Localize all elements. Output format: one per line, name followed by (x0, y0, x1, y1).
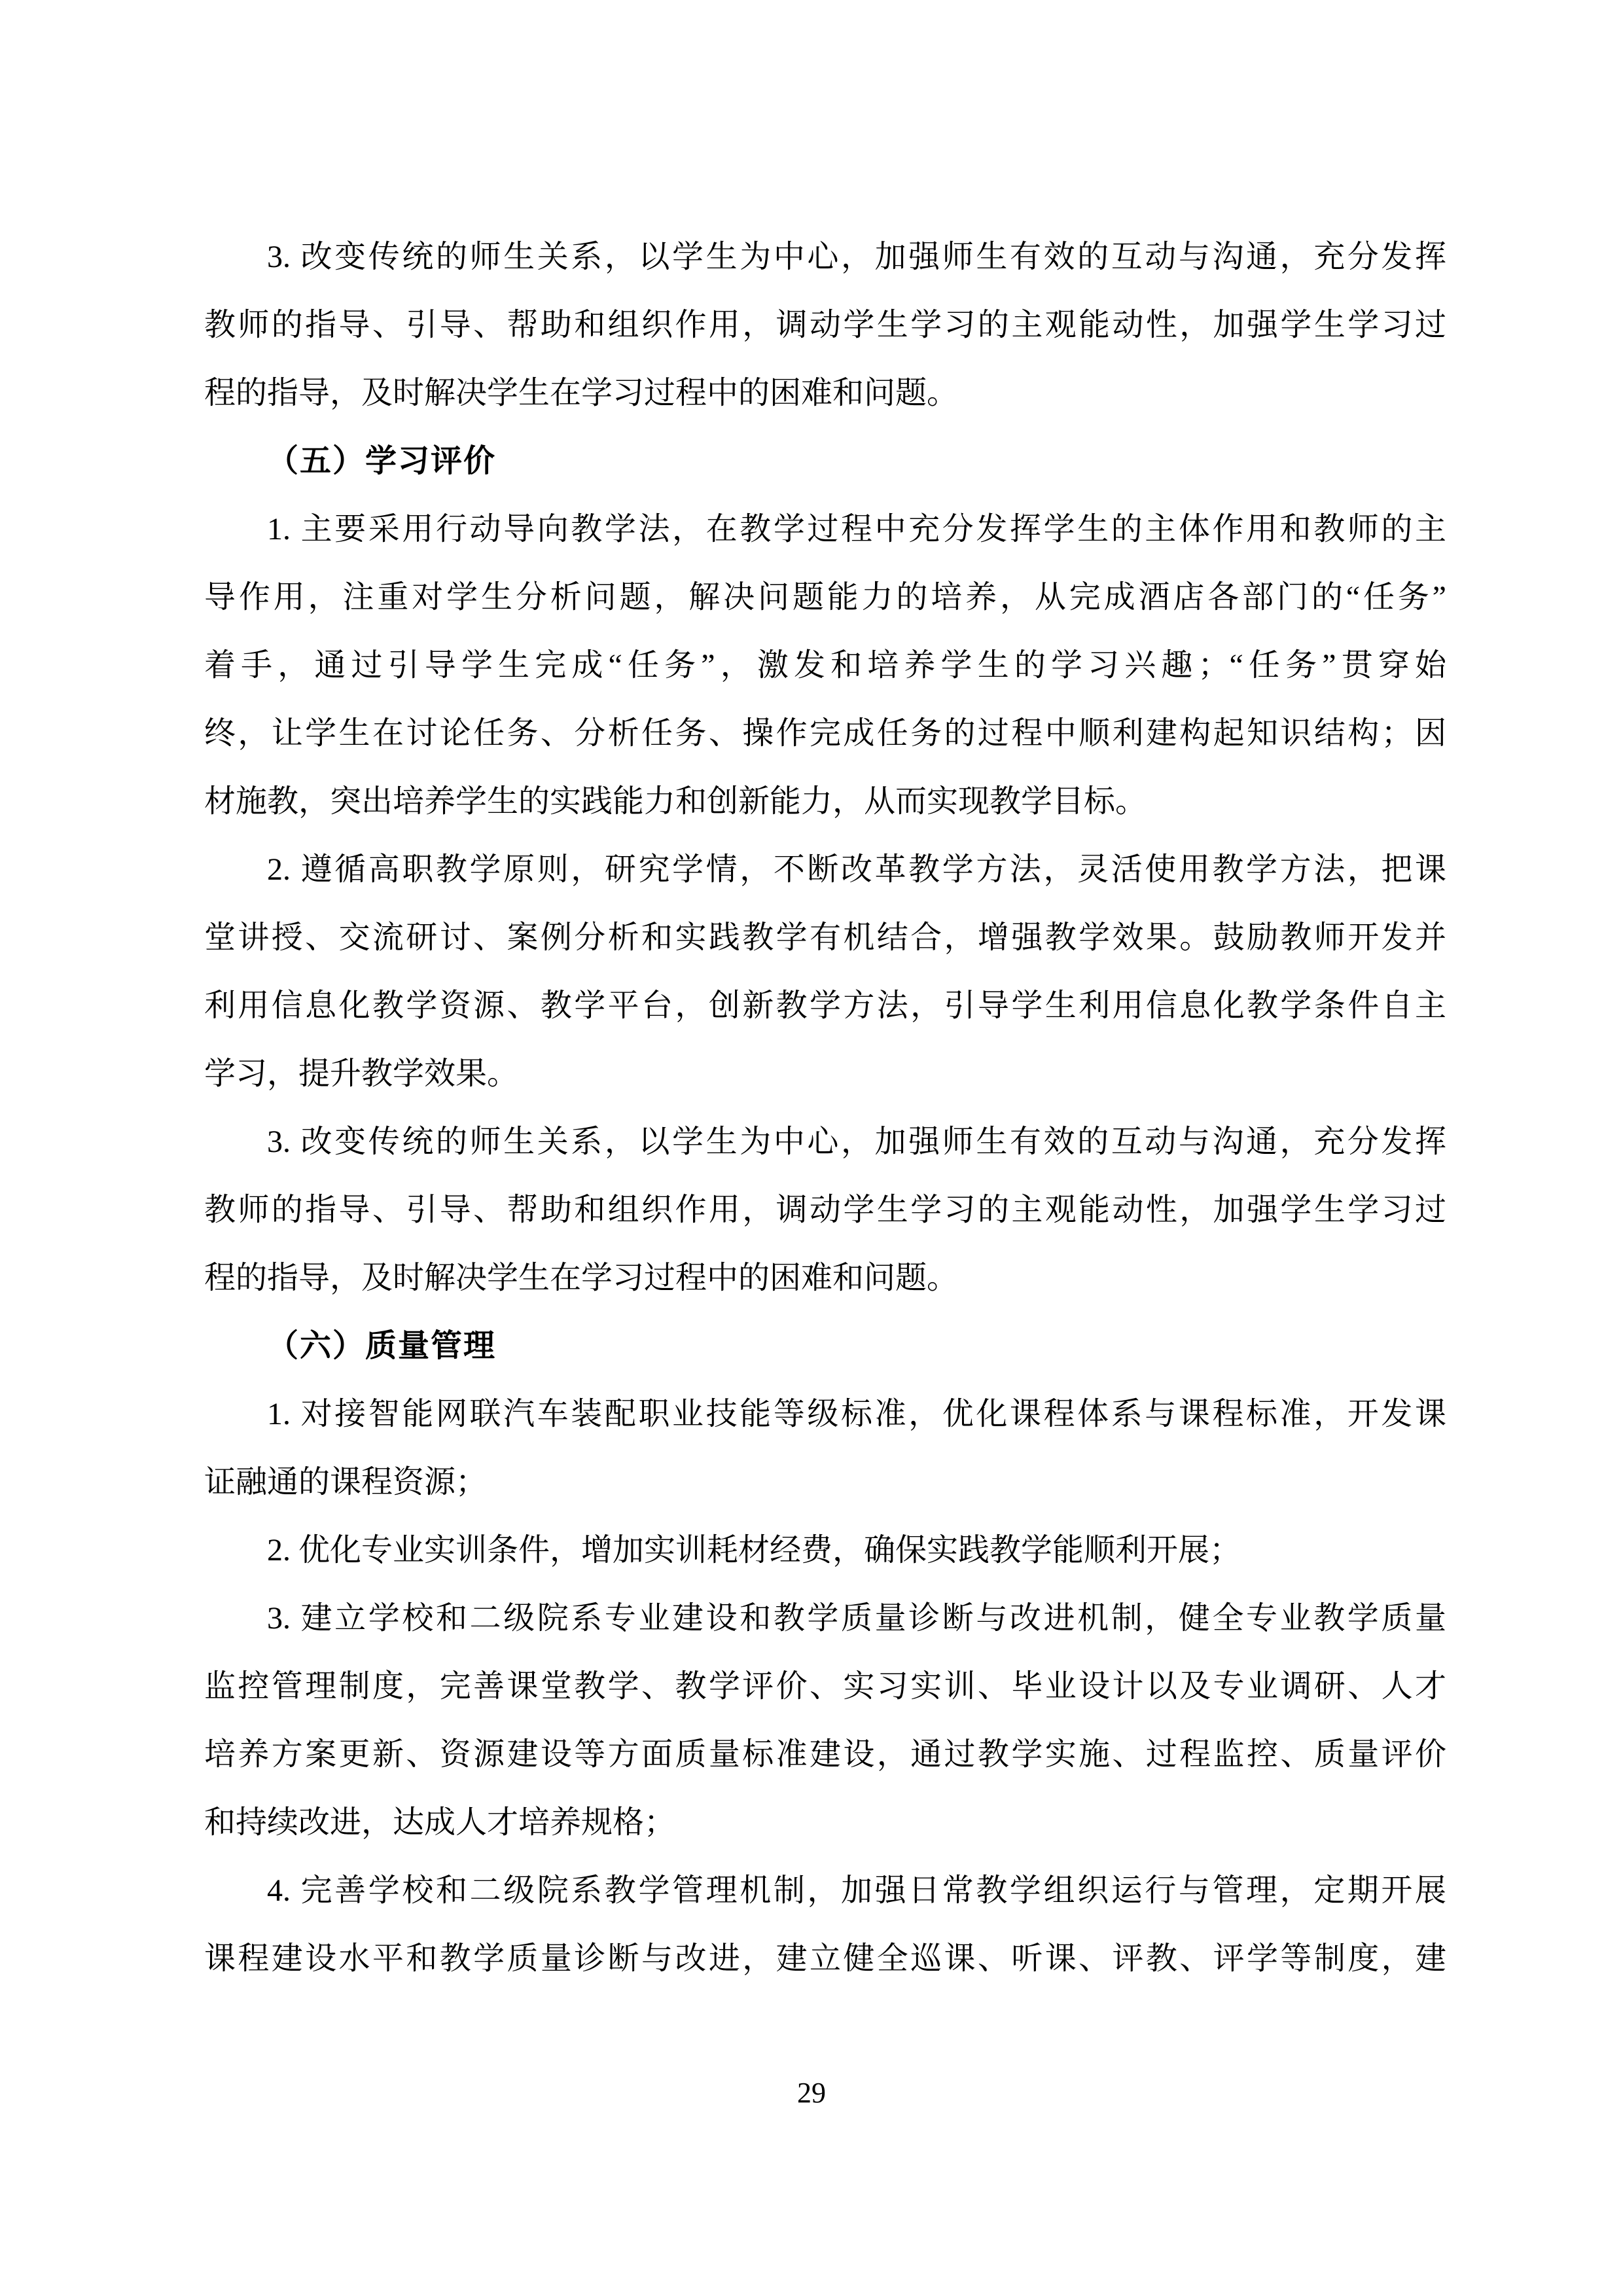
page-number: 29 (0, 2073, 1623, 2113)
text-line: 教师的指导、引导、帮助和组织作用，调动学生学习的主观能动性，加强学生学习过 (204, 1176, 1446, 1244)
text-line: 导作用，注重对学生分析问题，解决问题能力的培养，从完成酒店各部门的“任务” (204, 564, 1446, 632)
text-line: 堂讲授、交流研讨、案例分析和实践教学有机结合，增强教学效果。鼓励教师开发并 (204, 904, 1446, 972)
text-line: 和持续改进，达成人才培养规格； (204, 1789, 1446, 1857)
text-line: 2. 遵循高职教学原则，研究学情，不断改革教学方法，灵活使用教学方法，把课 (204, 836, 1446, 904)
text-line: 1. 主要采用行动导向教学法，在教学过程中充分发挥学生的主体作用和教师的主 (204, 495, 1446, 564)
text-line: 4. 完善学校和二级院系教学管理机制，加强日常教学组织运行与管理，定期开展 (204, 1857, 1446, 1925)
text-line: 3. 建立学校和二级院系专业建设和教学质量诊断与改进机制，健全专业教学质量 (204, 1585, 1446, 1653)
text-line: 3. 改变传统的师生关系，以学生为中心，加强师生有效的互动与沟通，充分发挥 (204, 223, 1446, 291)
text-line: 课程建设水平和教学质量诊断与改进，建立健全巡课、听课、评教、评学等制度，建 (204, 1925, 1446, 1993)
text-line: 1. 对接智能网联汽车装配职业技能等级标准，优化课程体系与课程标准，开发课 (204, 1380, 1446, 1448)
text-line: 教师的指导、引导、帮助和组织作用，调动学生学习的主观能动性，加强学生学习过 (204, 291, 1446, 359)
text-line: 监控管理制度，完善课堂教学、教学评价、实习实训、毕业设计以及专业调研、人才 (204, 1653, 1446, 1721)
text-line: 学习，提升教学效果。 (204, 1040, 1446, 1108)
text-line: 着手，通过引导学生完成“任务”，激发和培养学生的学习兴趣；“任务”贯穿始 (204, 632, 1446, 700)
text-line: 终，让学生在讨论任务、分析任务、操作完成任务的过程中顺利建构起知识结构；因 (204, 700, 1446, 768)
text-line: 证融通的课程资源； (204, 1448, 1446, 1516)
section-heading-5: （五）学习评价 (204, 427, 1446, 495)
document-page: 3. 改变传统的师生关系，以学生为中心，加强师生有效的互动与沟通，充分发挥 教师… (0, 0, 1623, 2296)
text-line: 材施教，突出培养学生的实践能力和创新能力，从而实现教学目标。 (204, 768, 1446, 836)
document-body: 3. 改变传统的师生关系，以学生为中心，加强师生有效的互动与沟通，充分发挥 教师… (204, 223, 1446, 1993)
section-heading-6: （六）质量管理 (204, 1312, 1446, 1380)
text-line: 3. 改变传统的师生关系，以学生为中心，加强师生有效的互动与沟通，充分发挥 (204, 1108, 1446, 1176)
text-line: 程的指导，及时解决学生在学习过程中的困难和问题。 (204, 1244, 1446, 1312)
text-line: 培养方案更新、资源建设等方面质量标准建设，通过教学实施、过程监控、质量评价 (204, 1721, 1446, 1789)
text-line: 利用信息化教学资源、教学平台，创新教学方法，引导学生利用信息化教学条件自主 (204, 972, 1446, 1040)
text-line: 程的指导，及时解决学生在学习过程中的困难和问题。 (204, 359, 1446, 427)
text-line: 2. 优化专业实训条件，增加实训耗材经费，确保实践教学能顺利开展； (204, 1516, 1446, 1585)
